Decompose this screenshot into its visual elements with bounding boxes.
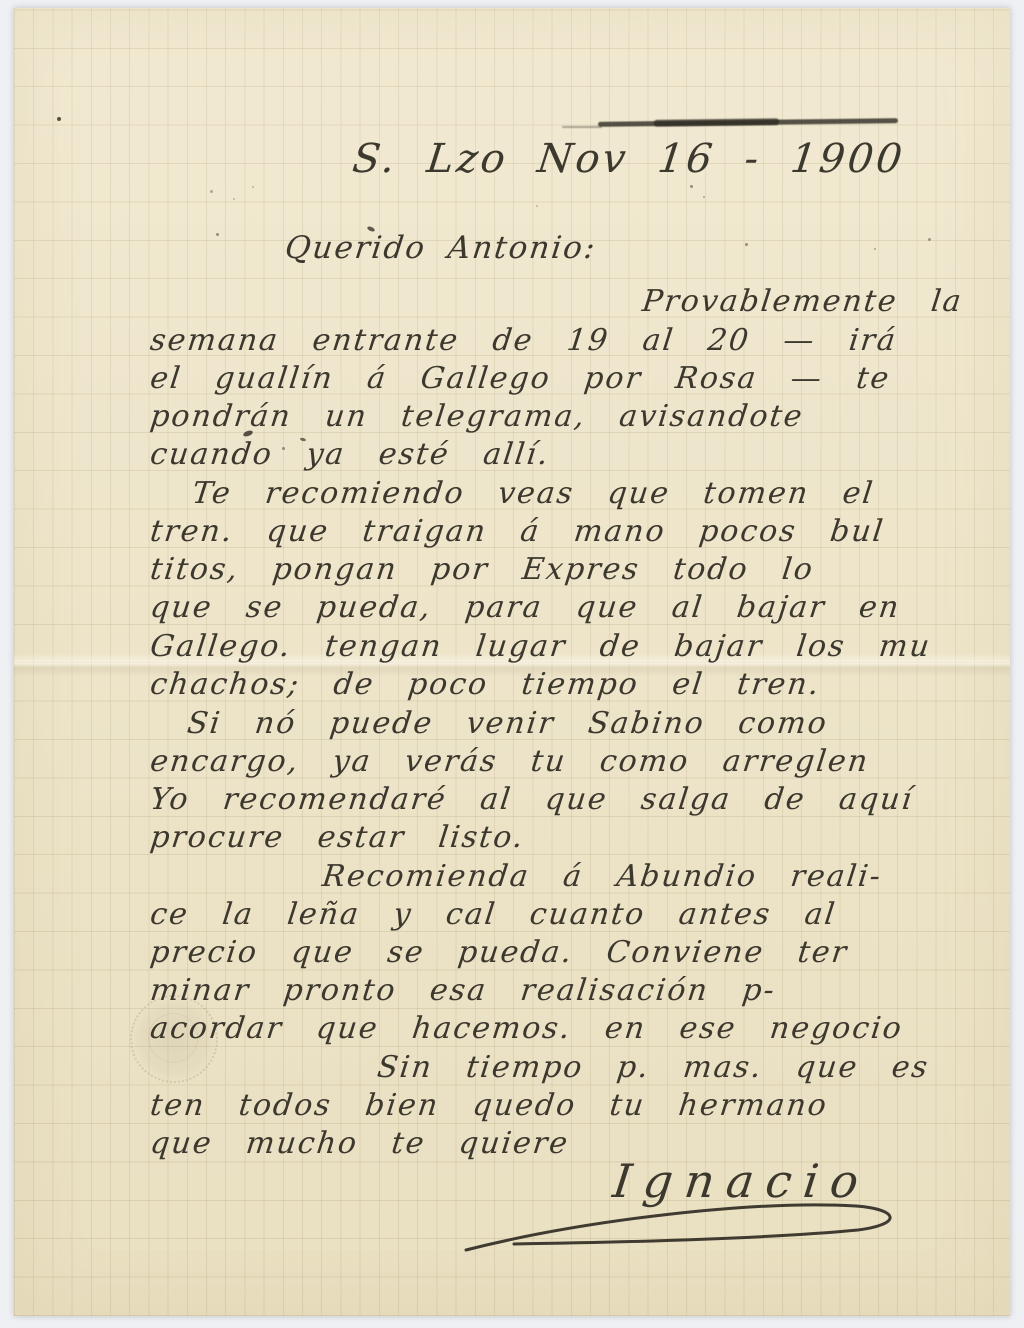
handwriting-line: chachos; de poco tiempo el tren.: [148, 666, 823, 704]
ink-speck: [703, 196, 705, 198]
ink-speck: [233, 198, 235, 200]
handwriting-line: pondrán un telegrama, avisandote: [148, 398, 806, 436]
letter-page: S. Lzo Nov 16 - 1900 Querido Antonio: Pr…: [14, 8, 1010, 1316]
ink-smear: [562, 126, 602, 128]
salutation: Querido Antonio:: [283, 230, 599, 266]
handwriting-line: Te recomiendo veas que tomen el: [190, 475, 876, 513]
handwriting-line: acordar que hacemos. en ese negocio: [148, 1010, 905, 1048]
ink-speck: [745, 243, 748, 246]
handwriting-line: Sin tiempo p. mas. que es: [375, 1049, 931, 1087]
handwriting-line: que mucho te quiere: [148, 1125, 571, 1163]
ink-speck: [57, 117, 61, 121]
handwriting-line: Recomienda á Abundio reali-: [320, 858, 884, 896]
handwriting-line: Yo recomendaré al que salga de aquí: [148, 781, 916, 819]
handwriting-line: ce la leña y cal cuanto antes al: [148, 896, 839, 934]
handwriting-line: ten todos bien quedo tu hermano: [148, 1087, 830, 1125]
dateline: S. Lzo Nov 16 - 1900: [350, 136, 908, 182]
handwriting-line: titos, pongan por Expres todo lo: [148, 551, 816, 589]
ink-speck: [252, 186, 254, 188]
handwriting-line: precio que se pueda. Conviene ter: [148, 934, 850, 972]
handwriting-line: cuando ya esté allí.: [148, 436, 552, 474]
ink-speck: [928, 238, 931, 241]
handwriting-line: Gallego. tengan lugar de bajar los mu: [148, 628, 933, 666]
ink-speck: [874, 248, 876, 250]
handwriting-line: encargo, ya verás tu como arreglen: [148, 743, 871, 781]
handwriting-line: el guallín á Gallego por Rosa — te: [148, 360, 893, 398]
handwriting-line: Si nó puede venir Sabino como: [185, 705, 830, 743]
handwriting-line: tren. que traigan á mano pocos bul: [148, 513, 887, 551]
handwriting-line: minar pronto esa realisación p-: [148, 972, 778, 1010]
handwriting-line: que se pueda, para que al bajar en: [148, 589, 903, 627]
ink-smear: [654, 118, 779, 127]
handwriting-line: semana entrante de 19 al 20 — irá: [148, 322, 899, 360]
ink-speck: [536, 205, 538, 207]
signature-flourish: [454, 1186, 924, 1258]
ink-speck: [210, 190, 213, 193]
handwriting-line: procure estar listo.: [148, 819, 527, 857]
handwriting-line: Provablemente la: [640, 283, 965, 321]
ink-speck: [216, 233, 219, 236]
ink-speck: [690, 185, 693, 188]
